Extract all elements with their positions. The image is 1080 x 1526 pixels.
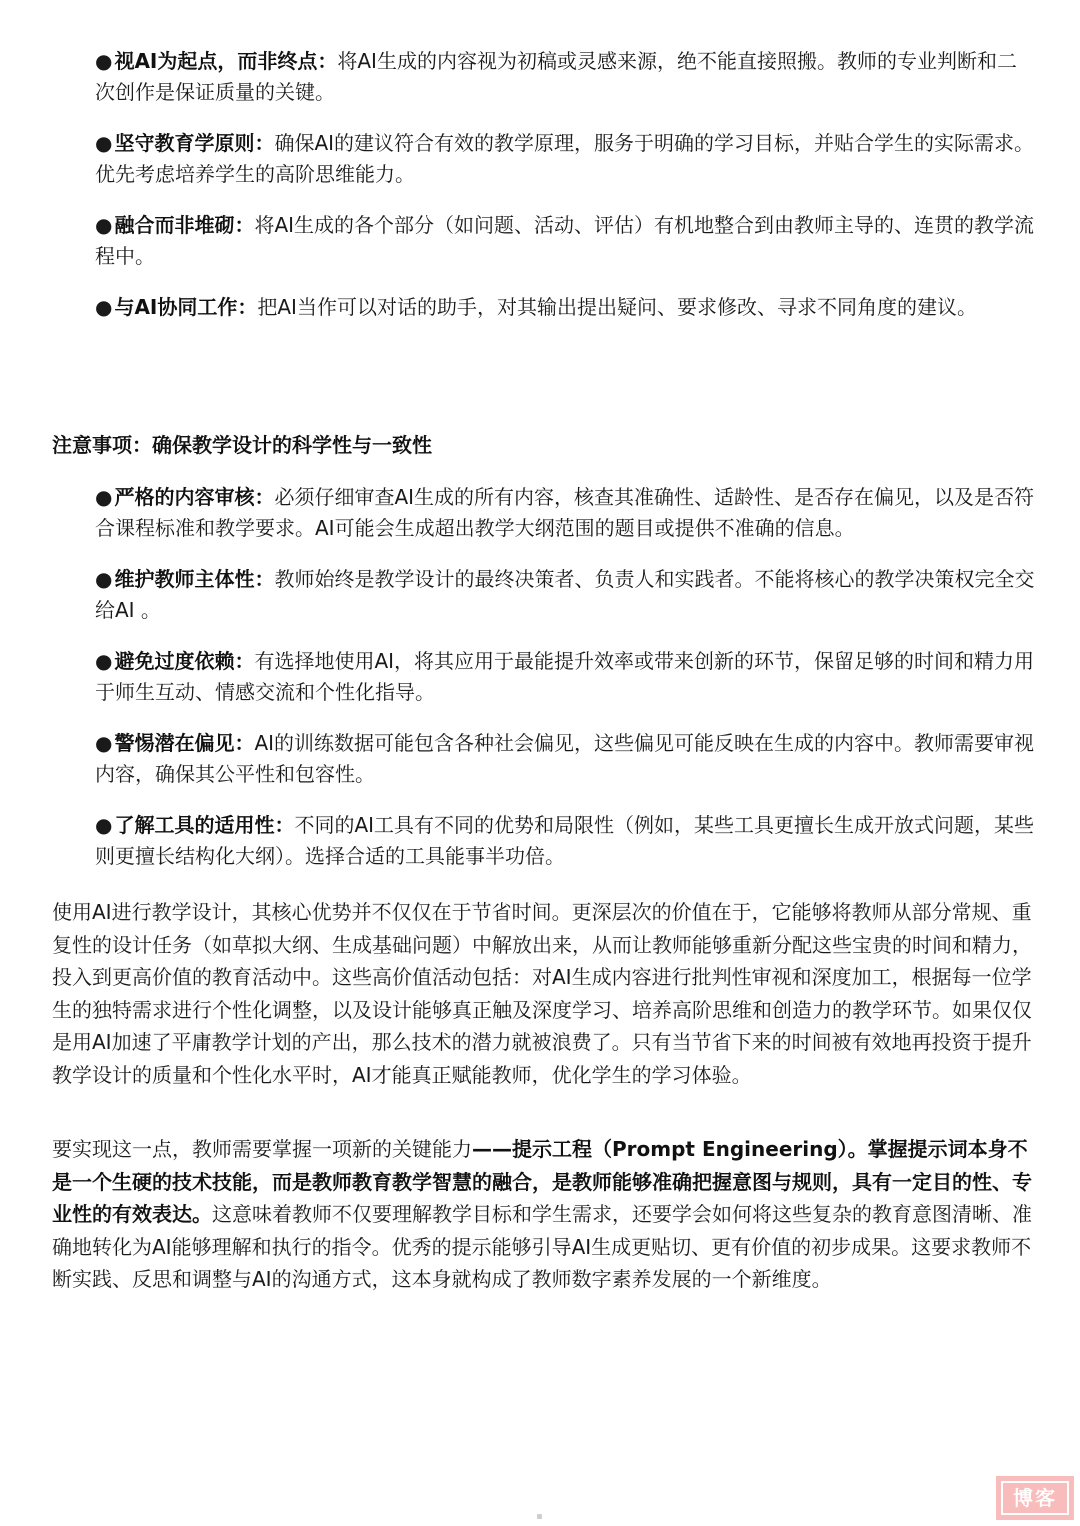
item-title: 了解工具的适用性： [114,813,294,837]
section-heading: 注意事项：确保教学设计的科学性与一致性 [52,430,432,461]
paragraph-intro: 要实现这一点，教师需要掌握一项新的关键能力 [52,1137,472,1161]
list-item: ●与AI协同工作：把AI当作可以对话的助手，对其输出提出疑问、要求修改、寻求不同… [95,292,1035,323]
item-title: 维护教师主体性： [114,567,274,591]
bullet-icon: ● [95,49,112,73]
paragraph-prompt-engineering: 要实现这一点，教师需要掌握一项新的关键能力——提示工程（Prompt Engin… [52,1133,1037,1296]
page-indicator-dot [537,1514,542,1519]
bullet-icon: ● [95,813,112,837]
item-title: 严格的内容审核： [114,485,274,509]
item-title: 避免过度依赖： [114,649,254,673]
bullet-icon: ● [95,567,112,591]
item-title: 融合而非堆砌： [114,213,254,237]
list-item: ●避免过度依赖：有选择地使用AI，将其应用于最能提升效率或带来创新的环节，保留足… [95,646,1035,708]
list-item: ●严格的内容审核：必须仔细审查AI生成的所有内容，核查其准确性、适龄性、是否存在… [95,482,1035,544]
list-item: ●警惕潜在偏见：AI的训练数据可能包含各种社会偏见，这些偏见可能反映在生成的内容… [95,728,1035,790]
list-item: ●了解工具的适用性：不同的AI工具有不同的优势和局限性（例如，某些工具更擅长生成… [95,810,1035,872]
item-title: 与AI协同工作： [114,295,257,319]
document-page: ●视AI为起点，而非终点：将AI生成的内容视为初稿或灵感来源，绝不能直接照搬。教… [0,0,1080,1526]
bullet-icon: ● [95,213,112,237]
seal-text: 博客 [1001,1481,1069,1515]
bullet-icon: ● [95,649,112,673]
item-body: 把AI当作可以对话的助手，对其输出提出疑问、要求修改、寻求不同角度的建议。 [257,295,977,319]
bullet-icon: ● [95,731,112,755]
principles-list: ●视AI为起点，而非终点：将AI生成的内容视为初稿或灵感来源，绝不能直接照搬。教… [95,46,1035,323]
seal-watermark-icon: 博客 [996,1476,1074,1520]
paragraph-value-of-ai: 使用AI进行教学设计，其核心优势并不仅仅在于节省时间。更深层次的价值在于，它能够… [52,896,1037,1091]
list-item: ●视AI为起点，而非终点：将AI生成的内容视为初稿或灵感来源，绝不能直接照搬。教… [95,46,1035,108]
bullet-icon: ● [95,485,112,509]
bullet-icon: ● [95,295,112,319]
item-title: 视AI为起点，而非终点： [114,49,337,73]
cautions-list: ●严格的内容审核：必须仔细审查AI生成的所有内容，核查其准确性、适龄性、是否存在… [95,482,1035,872]
item-title: 警惕潜在偏见： [114,731,254,755]
list-item: ●坚守教育学原则：确保AI的建议符合有效的教学原理，服务于明确的学习目标，并贴合… [95,128,1035,190]
bullet-icon: ● [95,131,112,155]
list-item: ●融合而非堆砌：将AI生成的各个部分（如问题、活动、评估）有机地整合到由教师主导… [95,210,1035,272]
list-item: ●维护教师主体性：教师始终是教学设计的最终决策者、负责人和实践者。不能将核心的教… [95,564,1035,626]
item-title: 坚守教育学原则： [114,131,274,155]
